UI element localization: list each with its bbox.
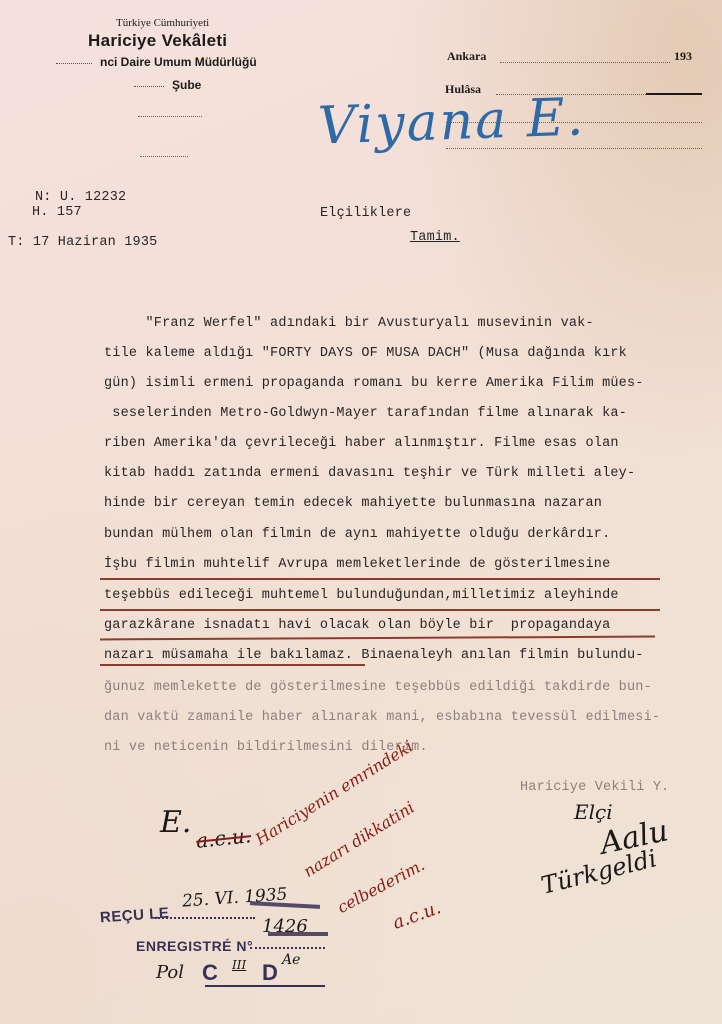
body-line: dan vaktü zamanile haber alınarak mani, … xyxy=(104,710,660,725)
reference-number: N: U. 12232 xyxy=(35,190,126,205)
stamp-received-date: 25. VI. 1935 xyxy=(181,884,288,911)
reference-date: T: 17 Haziran 1935 xyxy=(8,235,157,250)
body-line: hinde bir cereyan temin edecek mahiyette… xyxy=(104,496,602,511)
department-label: nci Daire Umum Müdürlüğü xyxy=(100,55,257,69)
dotted-fill xyxy=(134,86,164,87)
dotted-fill xyxy=(56,63,92,64)
body-line: tile kaleme aldığı "FORTY DAYS OF MUSA D… xyxy=(104,346,627,361)
body-line: garazkârane isnadatı havi olacak olan bö… xyxy=(104,618,610,633)
red-initials: a.c.u. xyxy=(390,897,444,934)
document-page: Türkiye Cümhuriyeti Hariciye Vekâleti nc… xyxy=(0,0,722,1024)
body-line: kitab haddı zatında ermeni davasını teşh… xyxy=(104,466,635,481)
circular-type: Tamim. xyxy=(410,230,460,245)
crossed-initials: a.c.u. xyxy=(195,823,252,853)
stamp-underline xyxy=(205,985,325,987)
letterhead-branch: Şube xyxy=(134,78,201,92)
handwritten-viyana: Viyana E. xyxy=(317,87,586,156)
letterhead-republic: Türkiye Cümhuriyeti xyxy=(116,17,209,29)
letterhead-department: nci Daire Umum Müdürlüğü xyxy=(56,55,257,69)
body-line: ğunuz memlekette de gösterilmesine teşeb… xyxy=(104,680,652,695)
dotted-fill xyxy=(138,116,202,117)
red-underline xyxy=(100,609,660,611)
stamp-registered-label: ENREGISTRÉ N° xyxy=(136,938,253,954)
date-dotted-line xyxy=(500,62,670,63)
dotted-fill xyxy=(140,156,188,157)
signature-title: Hariciye Vekili Y. xyxy=(520,780,669,795)
body-line: İşbu filmin muhtelif Avrupa memleketleri… xyxy=(104,557,610,572)
red-underline xyxy=(100,578,660,580)
body-line: "Franz Werfel" adındaki bir Avusturyalı … xyxy=(104,316,594,331)
stamp-dotted-line xyxy=(155,917,255,919)
signature-surname: Türkgeldi xyxy=(538,844,659,900)
stamp-bar xyxy=(268,932,328,936)
body-line: teşebbüs edileceği muhtemel bulunduğunda… xyxy=(104,588,619,603)
place-label: Ankara xyxy=(447,49,486,64)
branch-label: Şube xyxy=(172,78,201,92)
stamp-code-c: C xyxy=(202,960,218,986)
red-underline xyxy=(100,664,365,666)
signature-role: Elçi xyxy=(574,800,613,824)
body-line: seselerinden Metro-Goldwyn-Mayer tarafın… xyxy=(104,406,627,421)
stamp-code-suffix: Ae xyxy=(282,952,300,968)
body-line: gün) isimli ermeni propaganda romanı bu … xyxy=(104,376,644,391)
stamp-code-roman: III xyxy=(232,958,246,972)
stamp-dotted-line xyxy=(250,947,325,949)
year-prefix: 193 xyxy=(674,49,692,64)
red-underline xyxy=(100,636,655,641)
body-line: nazarı müsamaha ile bakılamaz. Binaenale… xyxy=(104,648,644,663)
body-line: riben Amerika'da çevrileceği haber alınm… xyxy=(104,436,619,451)
stamp-handwritten-prefix: Pol xyxy=(156,962,184,983)
stamp-bar xyxy=(250,901,320,909)
stamp-code-d: D xyxy=(262,960,278,986)
reference-h-number: H. 157 xyxy=(32,205,82,220)
stamp-received-label: REÇU LE xyxy=(99,905,169,927)
addressee: Elçiliklere xyxy=(320,206,411,221)
body-line: bundan mülhem olan filmin de aynı mahiye… xyxy=(104,527,610,542)
summary-solid-line xyxy=(646,93,702,95)
initial-e: E. xyxy=(160,805,191,840)
letterhead-ministry: Hariciye Vekâleti xyxy=(88,31,227,51)
